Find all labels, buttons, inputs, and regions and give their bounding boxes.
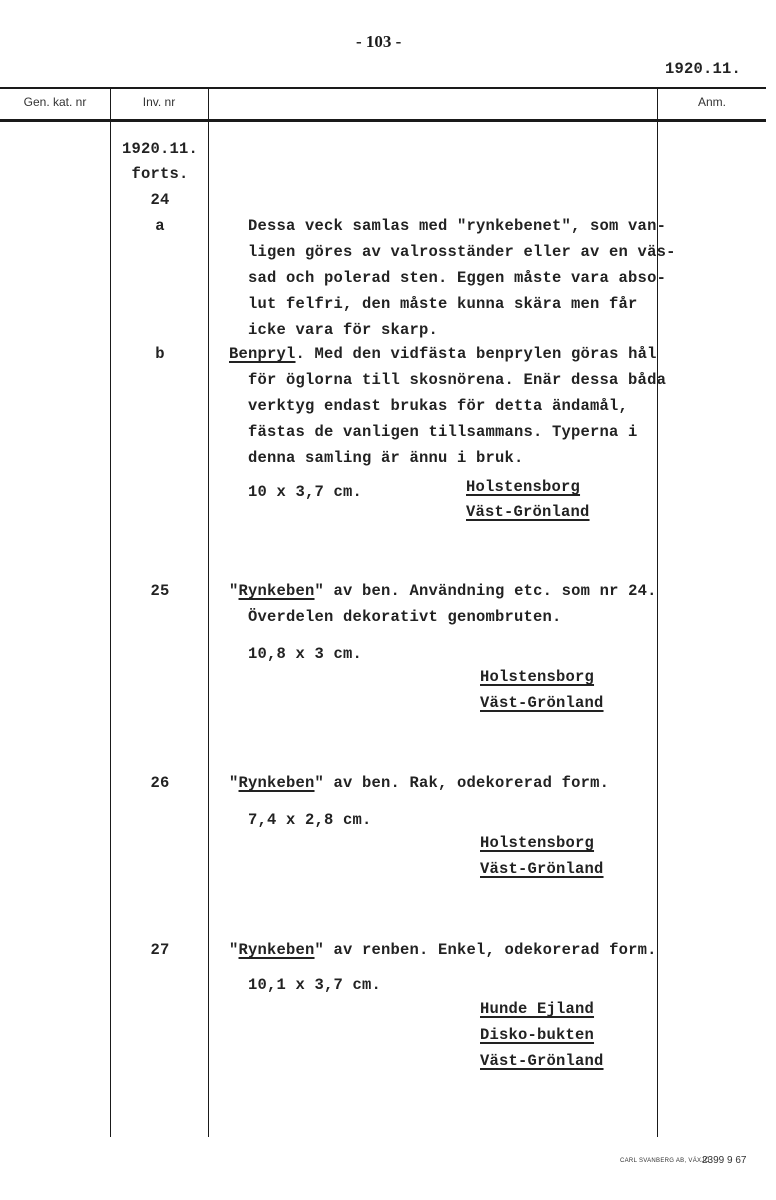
inv-number: 24 <box>112 191 208 209</box>
description-line: fästas de vanligen tillsammans. Typerna … <box>248 423 638 441</box>
description-title-line: "Rynkeben" av renben. Enkel, odekorerad … <box>229 941 657 959</box>
inv-sub-letter: b <box>112 345 208 363</box>
header-inv-nr: Inv. nr <box>110 95 208 109</box>
description-text: . Med den vidfästa benprylen göras hål <box>296 345 657 363</box>
page-number: - 103 - <box>356 32 401 52</box>
inv-number: 26 <box>112 774 208 792</box>
object-name: Rynkeben <box>239 941 315 959</box>
provenance-region: Väst-Grönland <box>480 694 604 712</box>
quote-mark: " <box>229 582 239 600</box>
continuation-date: 1920.11. <box>112 140 208 158</box>
header-gen-kat-nr: Gen. kat. nr <box>0 95 110 109</box>
description-line: denna samling är ännu i bruk. <box>248 449 524 467</box>
description-line: lut felfri, den måste kunna skära men få… <box>248 295 638 313</box>
inv-number: 25 <box>112 582 208 600</box>
description-line: ligen göres av valrosständer eller av en… <box>248 243 676 261</box>
printer-imprint: CARL SVANBERG AB, VÄXJÖ <box>620 1158 710 1164</box>
provenance-place: Holstensborg <box>480 668 594 686</box>
description-title-line: "Rynkeben" av ben. Användning etc. som n… <box>229 582 657 600</box>
catalog-date: 1920.11. <box>665 60 741 78</box>
form-code: 2399 9 67 <box>702 1155 747 1166</box>
object-name: Rynkeben <box>239 774 315 792</box>
dimensions: 10,8 x 3 cm. <box>248 645 362 663</box>
column-divider-1 <box>110 87 111 1137</box>
dimensions: 7,4 x 2,8 cm. <box>248 811 372 829</box>
header-bottom-rule <box>0 119 766 122</box>
description-line: icke vara för skarp. <box>248 321 438 339</box>
provenance-place: Holstensborg <box>466 478 580 496</box>
description-line: sad och polerad sten. Eggen måste vara a… <box>248 269 666 287</box>
header-anm: Anm. <box>658 95 766 109</box>
description-line: verktyg endast brukas för detta ändamål, <box>248 397 628 415</box>
continuation-forts: forts. <box>112 165 208 183</box>
object-name: Benpryl <box>229 345 296 363</box>
description-title-line: Benpryl. Med den vidfästa benprylen göra… <box>229 345 657 363</box>
dimensions: 10 x 3,7 cm. <box>248 483 362 501</box>
provenance-place: Holstensborg <box>480 834 594 852</box>
column-divider-2 <box>208 87 209 1137</box>
inv-number: 27 <box>112 941 208 959</box>
provenance-region: Väst-Grönland <box>466 503 590 521</box>
inv-sub-letter: a <box>112 217 208 235</box>
quote-mark: " <box>229 774 239 792</box>
description-line: för öglorna till skosnörena. Enär dessa … <box>248 371 666 389</box>
provenance-place: Hunde Ejland <box>480 1000 594 1018</box>
description-title-line: "Rynkeben" av ben. Rak, odekorerad form. <box>229 774 609 792</box>
description-text: " av ben. Användning etc. som nr 24. <box>315 582 657 600</box>
provenance-area: Disko-bukten <box>480 1026 594 1044</box>
description-text: " av renben. Enkel, odekorerad form. <box>315 941 657 959</box>
provenance-region: Väst-Grönland <box>480 1052 604 1070</box>
quote-mark: " <box>229 941 239 959</box>
description-line: Dessa veck samlas med "rynkebenet", som … <box>248 217 666 235</box>
description-line: Överdelen dekorativt genombruten. <box>248 608 562 626</box>
provenance-region: Väst-Grönland <box>480 860 604 878</box>
table-top-rule <box>0 87 766 89</box>
description-text: " av ben. Rak, odekorerad form. <box>315 774 610 792</box>
object-name: Rynkeben <box>239 582 315 600</box>
dimensions: 10,1 x 3,7 cm. <box>248 976 381 994</box>
